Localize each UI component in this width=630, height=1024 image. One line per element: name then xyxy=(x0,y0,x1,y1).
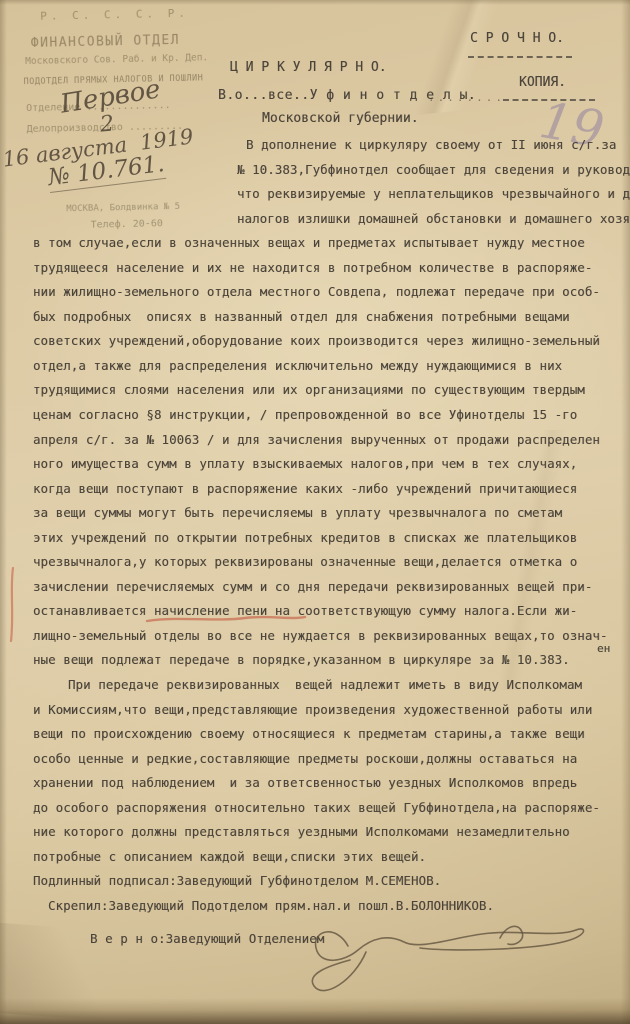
body-line: до особого распоряжения относительно так… xyxy=(33,796,611,821)
body-line: в том случае,если в означенных вещах и п… xyxy=(33,231,611,256)
document-page: Р. С. С. С. Р. ФИНАНСОВЫЙ ОТДЕЛ Московск… xyxy=(0,0,630,1024)
body-line: когда вещи поступают в распоряжение каки… xyxy=(33,477,611,502)
body-line: потробные с описанием каждой вещи,списки… xyxy=(33,845,611,870)
body-line: бых подробных описях в названный отдел д… xyxy=(33,305,611,330)
body-line: и Комиссиям,что вещи,представляющие прои… xyxy=(33,698,611,723)
body-line: лищно-земельный отделы во все не нуждает… xyxy=(33,624,611,649)
interline-correction: ен xyxy=(597,642,610,655)
body-line: нии жилищно-земельного отдела местного С… xyxy=(33,280,611,305)
signature xyxy=(270,908,590,1003)
body-line: чрезвычналога,у которых реквизированы оз… xyxy=(33,550,611,575)
body-line: Подлинный подписал:Заведующий Губфинотде… xyxy=(33,869,611,894)
body-line: налогов излишки домашней обстановки и до… xyxy=(33,207,611,232)
body-line: советских учреждений,оборудование коих п… xyxy=(33,329,611,354)
body-text: В дополнение к циркуляру своему от II ию… xyxy=(33,133,611,951)
red-margin-mark xyxy=(7,566,19,644)
body-line: хранении под наблюдением и за ответсвенн… xyxy=(33,771,611,796)
red-underline-mark xyxy=(145,612,310,626)
body-line: ные вещи подлежат передаче в порядке,ука… xyxy=(33,648,611,673)
urgent-label: С Р О Ч Н О. xyxy=(470,31,564,46)
region-line: Московской губернии. xyxy=(262,111,419,126)
body-line: трудящимися слоями населения или их орга… xyxy=(33,378,611,403)
paper-edge-top xyxy=(0,0,630,5)
body-line: В дополнение к циркуляру своему от II ию… xyxy=(33,133,611,158)
letterhead-department: ФИНАНСОВЫЙ ОТДЕЛ xyxy=(31,33,181,51)
body-line: При передаче реквизированных вещей надле… xyxy=(33,673,611,698)
body-line: что реквизируемые у неплательщиков чрезв… xyxy=(33,182,611,207)
addressee-leader-dots: ........ xyxy=(428,91,505,104)
body-line: № 10.383,Губфинотдел сообщает для сведен… xyxy=(33,158,611,183)
body-line: ние которого должны представляться уездн… xyxy=(33,820,611,845)
body-line: особо ценные и редкие,составляющие предм… xyxy=(33,747,611,772)
body-line: за вещи суммы могут быть перечисляемы в … xyxy=(33,501,611,526)
body-line: апреля с/г. за № 10063 / и для зачислени… xyxy=(33,428,611,453)
urgent-underline xyxy=(468,56,572,58)
copy-label: КОПИЯ. xyxy=(519,75,566,90)
paper-edge-bottom xyxy=(0,998,630,1024)
body-line: этих учреждений по открытии потребных кр… xyxy=(33,526,611,551)
body-line: трудящееся население и их не находится в… xyxy=(33,256,611,281)
body-line: отдел,а также для распределения исключит… xyxy=(33,354,611,379)
letterhead-state: Р. С. С. С. Р. xyxy=(40,7,189,23)
body-line: ценам согласно §8 инструкции, / препрово… xyxy=(33,403,611,428)
body-line: ного имущества сумм в уплату взыскиваемы… xyxy=(33,452,611,477)
body-line: вещи по происхождению своему относящиеся… xyxy=(33,722,611,747)
body-line: зачислении перечисляемых сумм и со дня п… xyxy=(33,575,611,600)
letterhead-council: Московского Сов. Раб. и Кр. Деп. xyxy=(25,52,208,67)
paper-edge-right xyxy=(621,0,630,1024)
circular-heading: Ц И Р К У Л Я Р Н О. xyxy=(230,60,387,75)
body-line: останавливается начисление пени на соотв… xyxy=(33,599,611,624)
